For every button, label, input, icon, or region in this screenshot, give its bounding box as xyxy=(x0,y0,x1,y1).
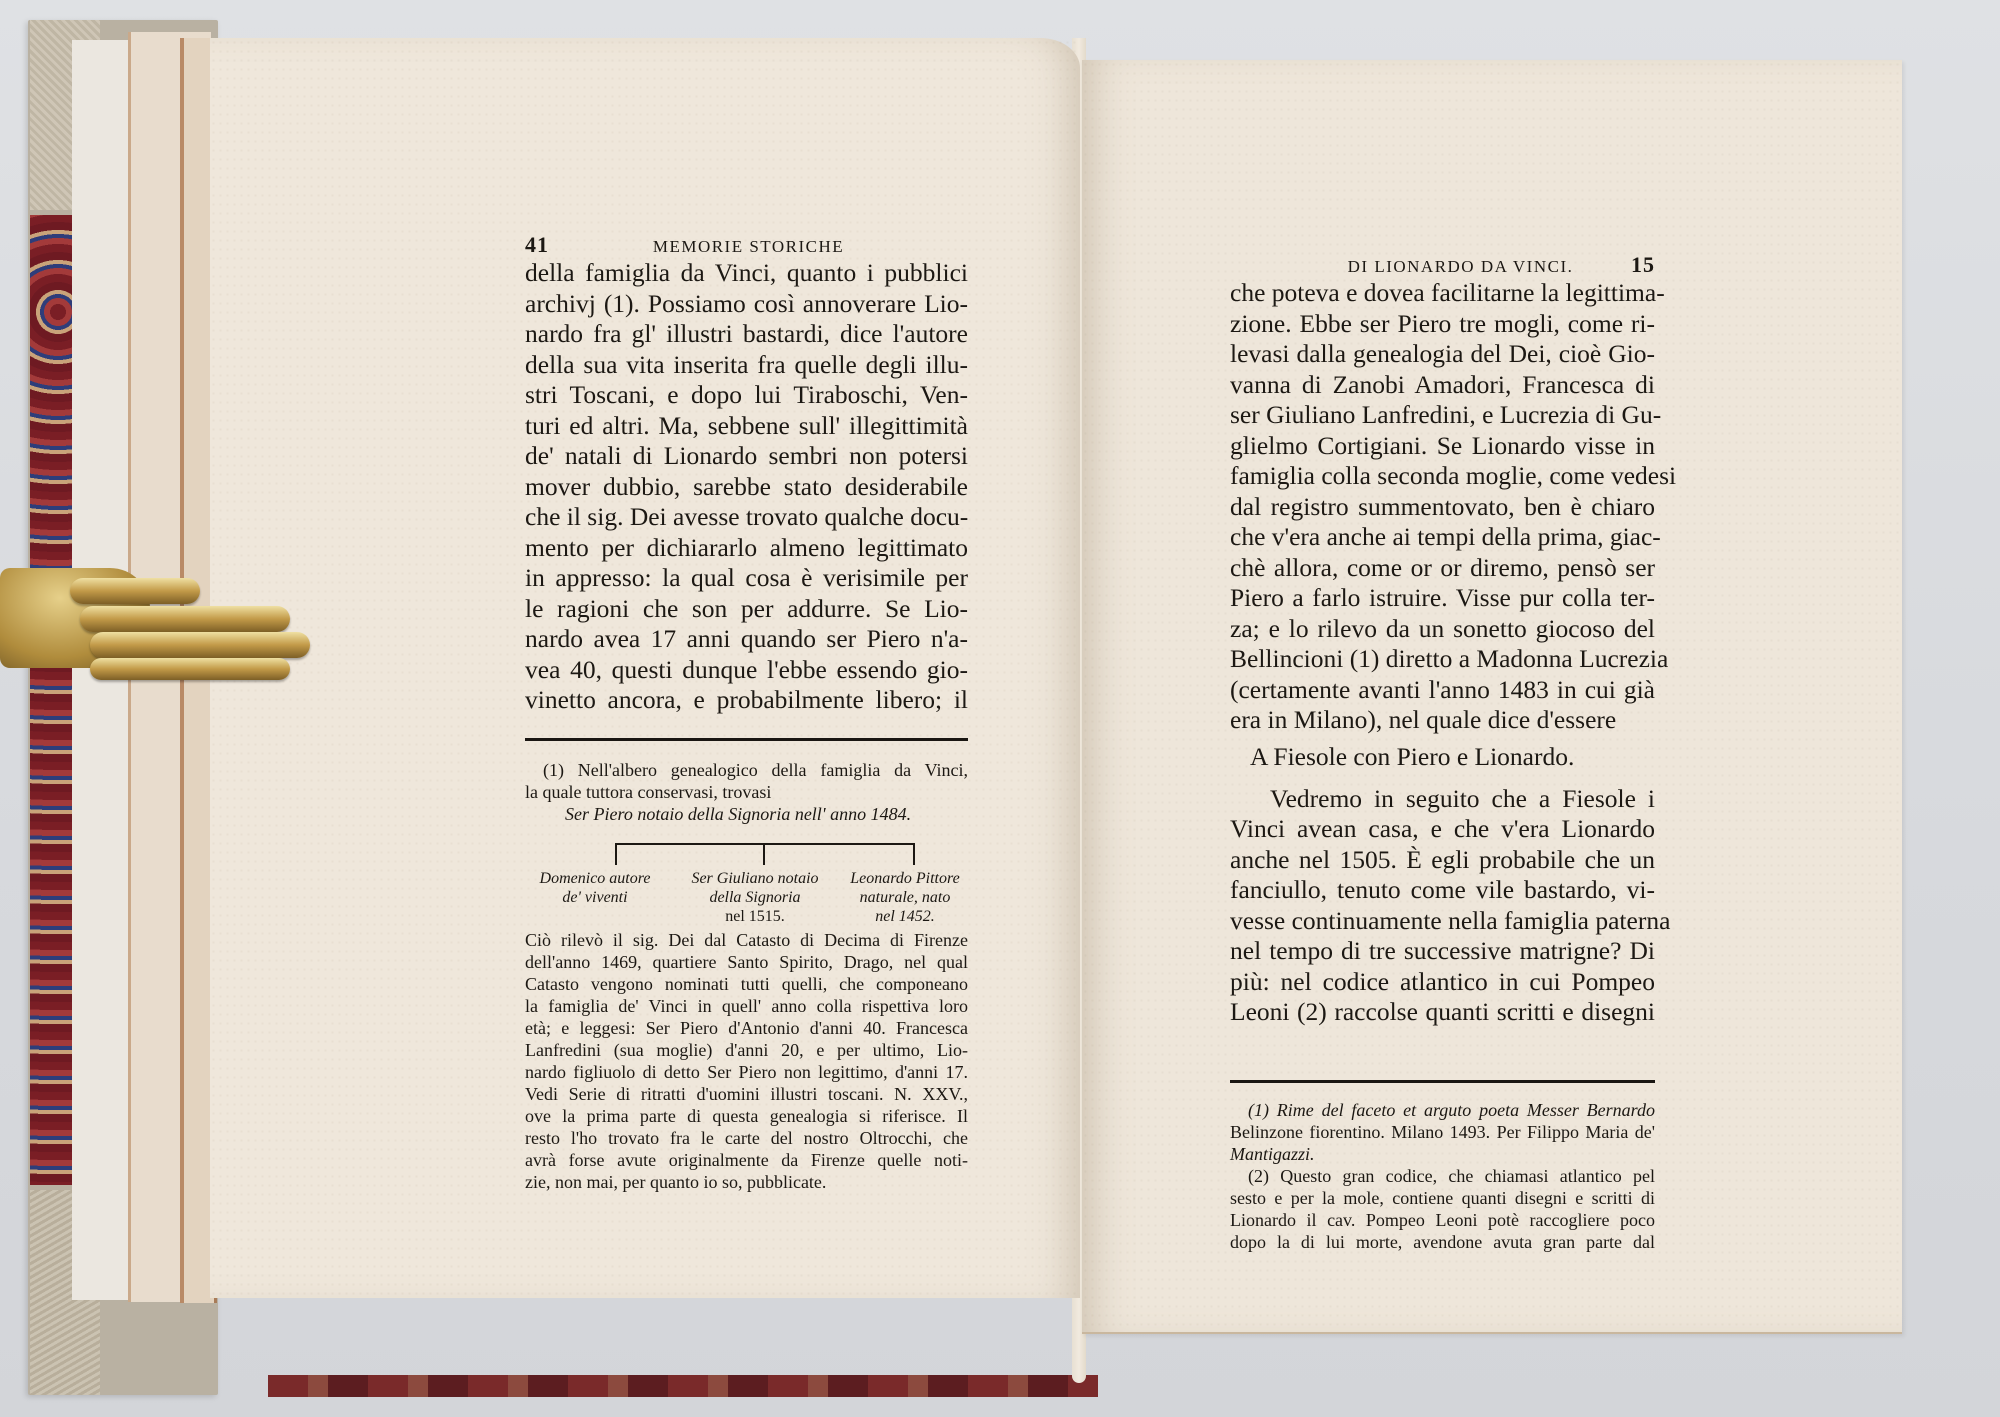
body-line: zione. Ebbe ser Piero tre mogli, come ri… xyxy=(1230,309,1655,340)
body-line: in appresso: la qual cosa è verisimile p… xyxy=(525,563,968,594)
genealogy-node-giuliano: Ser Giuliano notaio della Signoria nel 1… xyxy=(675,869,835,926)
body-line: mento per dichiararlo almeno legittimato xyxy=(525,533,968,564)
footnote-rule xyxy=(1230,1080,1655,1083)
body-line: della sua vita inserita fra quelle degli… xyxy=(525,350,968,381)
node-line: nel 1515. xyxy=(675,907,835,926)
body-line: che poteva e dovea facilitarne la legitt… xyxy=(1230,278,1655,309)
body-line: turi ed altri. Ma, sebbene sull' illegit… xyxy=(525,411,968,442)
body-line: che v'era anche ai tempi della prima, gi… xyxy=(1230,522,1655,553)
body-line: Piero a farlo istruire. Visse pur colla … xyxy=(1230,583,1655,614)
footnote-line: nardo figliuolo di detto Ser Piero non l… xyxy=(525,1061,968,1083)
brass-hand-page-holder xyxy=(0,548,310,688)
footnote-line: Lionardo il cav. Pompeo Leoni potè racco… xyxy=(1230,1209,1655,1231)
right-page-text: DI LIONARDO DA VINCI. 15 che poteva e do… xyxy=(1230,252,1655,1253)
body-line: che il sig. Dei avesse trovato qualche d… xyxy=(525,502,968,533)
footnote-line: dopo la di lui morte, avendone avuta gra… xyxy=(1230,1231,1655,1253)
body-line: za; e lo rilevo da un sonetto giocoso de… xyxy=(1230,614,1655,645)
body-line: Leoni (2) raccolse quanti scritti e dise… xyxy=(1230,997,1655,1028)
node-line: della Signoria xyxy=(675,888,835,907)
left-page-text: 41 MEMORIE STORICHE della famiglia da Vi… xyxy=(525,232,968,1193)
footnote-line: Vedi Serie di ritratti d'uomini illustri… xyxy=(525,1083,968,1105)
genealogy-node-domenico: Domenico autore de' viventi xyxy=(525,869,665,907)
marbled-paper-bottom-edge xyxy=(268,1375,1098,1397)
footnote-line: (2) Questo gran codice, che chiamasi atl… xyxy=(1230,1165,1655,1187)
body-line: nardo fra gl' illustri bastardi, dice l'… xyxy=(525,319,968,350)
footnote-line: ove la prima parte di questa genealogia … xyxy=(525,1105,968,1127)
left-footnote: (1) Nell'albero genealogico della famigl… xyxy=(525,759,968,1193)
body-line: famiglia colla seconda moglie, come vede… xyxy=(1230,461,1655,492)
body-line: levasi dalla genealogia del Dei, cioè Gi… xyxy=(1230,339,1655,370)
body-line: mover dubbio, sarebbe stato desiderabile xyxy=(525,472,968,503)
footnote-line: età; e leggesi: Ser Piero d'Antonio d'an… xyxy=(525,1017,968,1039)
body-line: era in Milano), nel quale dice d'essere xyxy=(1230,705,1655,736)
body-line: della famiglia da Vinci, quanto i pubbli… xyxy=(525,258,968,289)
footnote-line: Catasto vengono nominati tutti quelli, c… xyxy=(525,973,968,995)
body-line: vanna di Zanobi Amadori, Francesca di xyxy=(1230,370,1655,401)
body-line: chè allora, come or or diremo, pensò ser xyxy=(1230,553,1655,584)
right-page-number: 15 xyxy=(1631,252,1655,278)
body-line: le ragioni che son per addurre. Se Lio- xyxy=(525,594,968,625)
right-running-title: DI LIONARDO DA VINCI. xyxy=(1348,257,1574,277)
footnote-line: la famiglia de' Vinci in quell' anno col… xyxy=(525,995,968,1017)
body-line: de' natali di Lionardo sembri non poters… xyxy=(525,441,968,472)
footnote-line: Belinzone fiorentino. Milano 1493. Per F… xyxy=(1230,1121,1655,1143)
body-line: vesse continuamente nella famiglia pater… xyxy=(1230,906,1655,937)
body-line: nardo avea 17 anni quando ser Piero n'a- xyxy=(525,624,968,655)
footnote-line: sesto e per la mole, contiene quanti dis… xyxy=(1230,1187,1655,1209)
body-line: ser Giuliano Lanfredini, e Lucrezia di G… xyxy=(1230,400,1655,431)
genealogy-tree: Domenico autore de' viventi Ser Giuliano… xyxy=(525,829,968,915)
brass-hand-finger xyxy=(80,606,290,632)
left-running-head: 41 MEMORIE STORICHE xyxy=(525,232,968,258)
brass-hand-thumb xyxy=(70,578,200,604)
left-page-number: 41 xyxy=(525,232,549,258)
tree-connector xyxy=(615,843,915,845)
node-line: naturale, nato xyxy=(835,888,975,907)
brass-hand-finger xyxy=(90,632,310,658)
tree-connector xyxy=(913,843,915,865)
body-line: glielmo Cortigiani. Se Lionardo visse in xyxy=(1230,431,1655,462)
body-line: Vinci avean casa, e che v'era Lionardo xyxy=(1230,814,1655,845)
body-line: (certamente avanti l'anno 1483 in cui gi… xyxy=(1230,675,1655,706)
tree-connector xyxy=(763,843,765,865)
quoted-verse: A Fiesole con Piero e Lionardo. xyxy=(1230,740,1655,774)
footnote-line: Lanfredini (sua moglie) d'anni 20, e per… xyxy=(525,1039,968,1061)
brass-hand-finger xyxy=(90,658,290,680)
body-line: anche nel 1505. È egli probabile che un xyxy=(1230,845,1655,876)
footnote-line: avrà forse avute originalmente da Firenz… xyxy=(525,1149,968,1171)
right-body: che poteva e dovea facilitarne la legitt… xyxy=(1230,278,1655,736)
footnote-line: zie, non mai, per quanto io so, pubblica… xyxy=(525,1171,968,1193)
node-line: Leonardo Pittore xyxy=(835,869,975,888)
body-line: fanciullo, tenuto come vile bastardo, vi… xyxy=(1230,875,1655,906)
footnote-line: (1) Nell'albero genealogico della famigl… xyxy=(525,759,968,781)
footnote-line: resto l'ho trovato fra le carte del nost… xyxy=(525,1127,968,1149)
right-body-continued: Vedremo in seguito che a Fiesole i Vinci… xyxy=(1230,784,1655,1028)
body-line: vinetto ancora, e probabilmente libero; … xyxy=(525,685,968,716)
left-running-title: MEMORIE STORICHE xyxy=(653,237,844,257)
node-line: nel 1452. xyxy=(835,907,975,926)
body-line: più: nel codice atlantico in cui Pompeo xyxy=(1230,967,1655,998)
body-line: Bellincioni (1) diretto a Madonna Lucrez… xyxy=(1230,644,1655,675)
body-line: archivj (1). Possiamo così annoverare Li… xyxy=(525,289,968,320)
body-line: vea 40, questi dunque l'ebbe essendo gio… xyxy=(525,655,968,686)
node-line: Domenico autore xyxy=(525,869,665,888)
left-body: della famiglia da Vinci, quanto i pubbli… xyxy=(525,258,968,716)
right-running-head: DI LIONARDO DA VINCI. 15 xyxy=(1230,252,1655,278)
genealogy-node-leonardo: Leonardo Pittore naturale, nato nel 1452… xyxy=(835,869,975,926)
body-line: nel tempo di tre successive matrigne? Di xyxy=(1230,936,1655,967)
footnote-line: dell'anno 1469, quartiere Santo Spirito,… xyxy=(525,951,968,973)
body-line: dal registro summentovato, ben è chiaro xyxy=(1230,492,1655,523)
genealogy-root: Ser Piero notaio della Signoria nell' an… xyxy=(525,803,968,825)
tree-connector xyxy=(615,843,617,865)
footnote-line: Ciò rilevò il sig. Dei dal Catasto di De… xyxy=(525,929,968,951)
node-line: Ser Giuliano notaio xyxy=(675,869,835,888)
footnote-line: Mantigazzi. xyxy=(1230,1143,1655,1165)
right-footnotes: (1) Rime del faceto et arguto poeta Mess… xyxy=(1230,1099,1655,1253)
body-line: stri Toscani, e dopo lui Tiraboschi, Ven… xyxy=(525,380,968,411)
node-line: de' viventi xyxy=(525,888,665,907)
footnote-rule xyxy=(525,738,968,741)
body-line: Vedremo in seguito che a Fiesole i xyxy=(1230,784,1655,815)
footnote-line: (1) Rime del faceto et arguto poeta Mess… xyxy=(1230,1099,1655,1121)
footnote-line: la quale tuttora conservasi, trovasi xyxy=(525,781,968,803)
